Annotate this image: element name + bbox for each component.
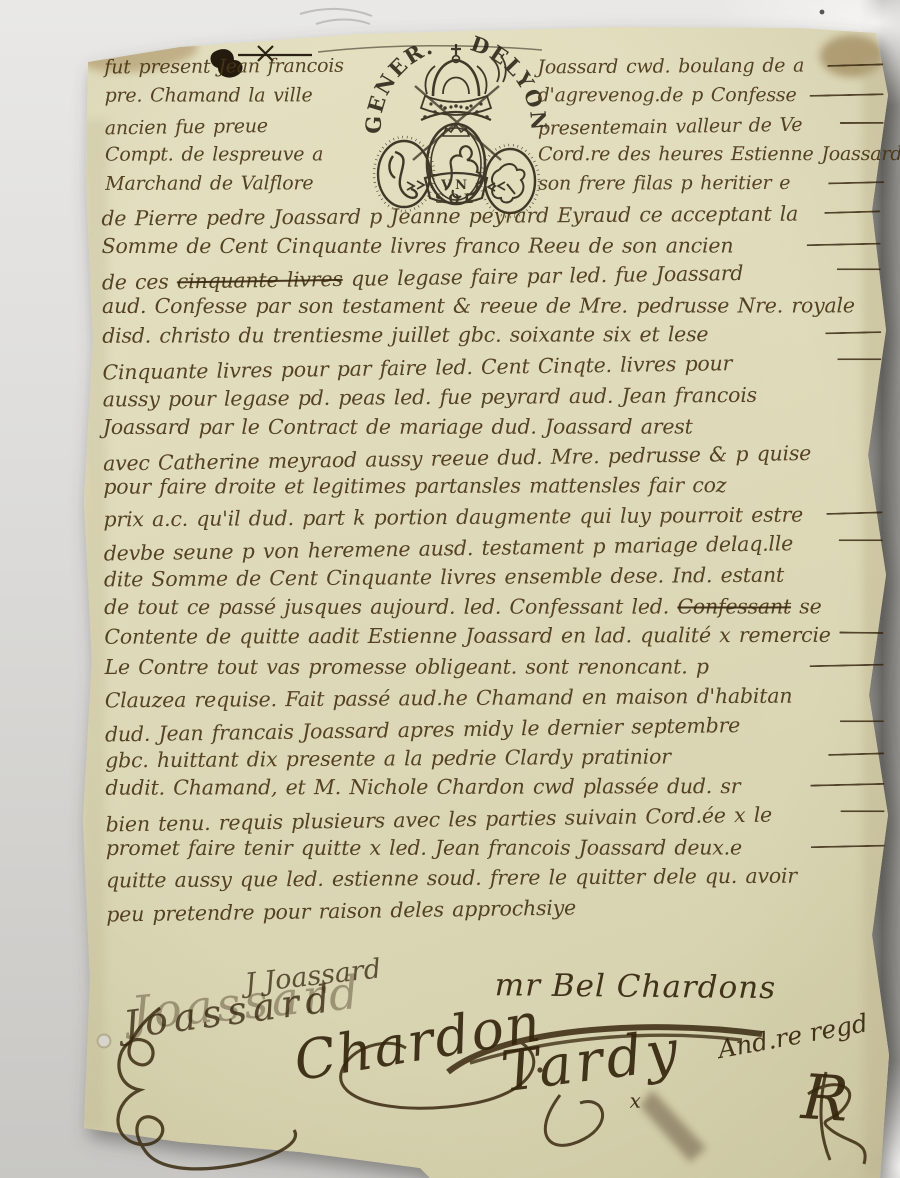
line-text: ancien fue preue — [105, 115, 268, 139]
line-filler-dash — [824, 210, 880, 214]
line-text: d'agrevenog.de p Confesse — [538, 84, 797, 106]
manuscript-line: Cord.re des heures Estienne Joassard — [538, 143, 884, 173]
line-filler-dash — [827, 63, 883, 67]
signature-michel-chardons: mr Bel Chardons — [495, 967, 777, 1006]
line-filler-dash — [840, 720, 884, 722]
line-filler-dash — [840, 121, 884, 123]
manuscript-line: Marchand de Valflore — [105, 172, 369, 202]
line-text-segment: que legase faire par led. fue Joassard — [343, 261, 744, 291]
manuscript-line: presentemain valleur de Ve — [538, 112, 884, 147]
line-text: prix a.c. qu'il dud. part k portion daug… — [103, 502, 803, 531]
manuscript-line: Le Contre tout vas promesse obligeant. s… — [105, 655, 884, 686]
line-text: de Pierre pedre Joassard p Jeanne peyrar… — [101, 202, 798, 231]
signature-paraph-r: R — [799, 1060, 850, 1136]
line-filler-dash — [837, 359, 881, 361]
manuscript-line: de Pierre pedre Joassard p Jeanne peyrar… — [101, 201, 880, 237]
line-text-segment: se — [791, 595, 822, 619]
manuscript-line: Compt. de lespreuve a — [105, 144, 369, 174]
line-text: aud. Confesse par son testament & reeue … — [102, 294, 855, 319]
manuscript-line: ancien fue preue — [105, 113, 369, 146]
manuscript-line: Joassard cwd. boulang de a — [537, 54, 883, 86]
line-text: promet faire tenir quitte x led. Jean fr… — [106, 835, 742, 860]
line-text: presentemain valleur de Ve — [538, 114, 803, 140]
line-filler-dash — [810, 664, 884, 668]
line-text: Contente de quitte aadit Estienne Joassa… — [104, 623, 830, 649]
line-filler-dash — [811, 845, 885, 849]
line-text: fut present Jean francois — [104, 55, 344, 79]
manuscript-page: fut present Jean francoispre. Chamand la… — [0, 0, 900, 1178]
line-text: dud. Jean francais Joassard apres midy l… — [105, 713, 740, 746]
line-text: peu pretendre pour raison deles approchs… — [106, 896, 576, 927]
line-text: pre. Chamand la ville — [105, 85, 313, 107]
struck-text: cinquante livres — [177, 267, 343, 293]
manuscript-body: de Pierre pedre Joassard p Jeanne peyrar… — [101, 201, 885, 929]
signature-andre-regd: And.re regd — [716, 1008, 870, 1064]
line-text: Cord.re des heures Estienne Joassard — [538, 143, 900, 165]
line-filler-dash — [828, 180, 884, 183]
line-text: Somme de Cent Cinquante livres franco Re… — [102, 234, 734, 259]
line-text: Cinquante livres pour par faire led. Cen… — [102, 352, 732, 385]
manuscript-line: d'agrevenog.de p Confesse — [538, 84, 884, 114]
line-text: de ces cinquante livres que legase faire… — [102, 261, 744, 295]
line-filler-dash — [839, 539, 883, 541]
manuscript-line: son frere filas p heritier e — [538, 171, 884, 201]
line-text-segment: de tout ce passé jusques aujourd. led. C… — [104, 595, 677, 620]
manuscript-line: Joassard par le Contract de mariage dud.… — [103, 414, 882, 445]
line-text: Marchand de Valflore — [105, 172, 313, 195]
line-text: Le Contre tout vas promesse obligeant. s… — [105, 655, 709, 680]
line-text: Compt. de lespreuve a — [105, 144, 323, 166]
line-text: disd. christo du trentiesme juillet gbc.… — [102, 323, 708, 349]
opening-lines-right: Joassard cwd. boulang de ad'agrevenog.de… — [537, 54, 884, 203]
manuscript-line: promet faire tenir quitte x led. Jean fr… — [106, 835, 885, 866]
line-text: bien tenu. requis plusieurs avec les par… — [105, 802, 772, 836]
line-text: avec Catherine meyraod aussy reeue dud. … — [103, 441, 811, 476]
manuscript-line: de tout ce passé jusques aujourd. led. C… — [104, 595, 883, 626]
line-text: quitte aussy que led. estienne soud. fre… — [106, 864, 797, 893]
line-filler-dash — [837, 268, 881, 270]
manuscript-line: Contente de quitte aadit Estienne Joassa… — [104, 623, 883, 655]
line-text: son frere filas p heritier e — [538, 172, 790, 195]
manuscript-line: dudit. Chamand, et M. Nichole Chardon cw… — [105, 773, 884, 805]
line-filler-dash — [825, 332, 881, 335]
line-filler-dash — [810, 93, 884, 97]
manuscript-line: disd. christo du trentiesme juillet gbc.… — [102, 322, 881, 354]
manuscript-line: aud. Confesse par son testament & reeue … — [102, 294, 881, 325]
line-filler-dash — [841, 810, 885, 812]
struck-text: Confessant — [677, 595, 791, 619]
manuscript-line: pour faire droite et legitimes partansle… — [103, 473, 882, 505]
line-text: Joassard par le Contract de mariage dud.… — [103, 414, 693, 439]
line-text-segment: de ces — [102, 270, 177, 295]
manuscript-line: fut present Jean francois — [104, 55, 368, 86]
line-filler-dash — [810, 783, 884, 787]
line-text: Joassard cwd. boulang de a — [537, 55, 804, 79]
registration-cross-mark: x — [629, 1089, 640, 1113]
opening-lines-left: fut present Jean francoispre. Chamand la… — [104, 55, 369, 204]
photograph-backdrop: GENER. DELYON — [0, 0, 900, 1178]
line-text: Clauzea requise. Fait passé aud.he Chama… — [105, 683, 793, 712]
line-text: dudit. Chamand, et M. Nichole Chardon cw… — [105, 774, 740, 800]
manuscript-line: Somme de Cent Cinquante livres franco Re… — [102, 233, 881, 264]
line-text: de tout ce passé jusques aujourd. led. C… — [104, 595, 821, 620]
line-filler-dash — [839, 632, 883, 634]
manuscript-line: pre. Chamand la ville — [105, 85, 369, 115]
line-filler-dash — [807, 243, 881, 247]
line-text: pour faire droite et legitimes partansle… — [103, 473, 726, 499]
line-filler-dash — [828, 752, 884, 756]
line-filler-dash — [826, 511, 882, 515]
